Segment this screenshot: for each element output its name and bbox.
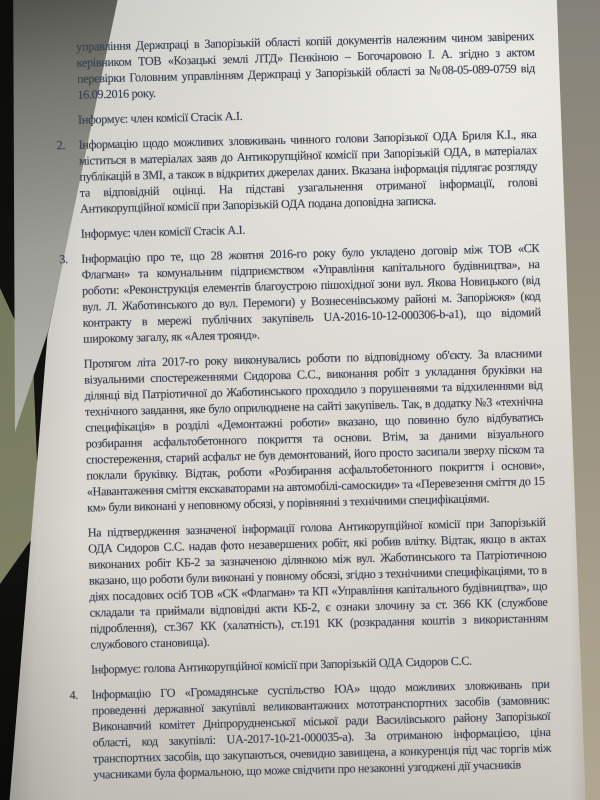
informer-line: Інформує: член комісії Стасік А.І. (81, 215, 539, 242)
informer-line: Інформує: член комісії Стасік А.І. (78, 101, 536, 128)
paragraph: Інформацію про те, що 28 жовтня 2016-го … (81, 240, 541, 347)
section-3: 3. Інформацію про те, що 28 жовтня 2016-… (81, 240, 549, 678)
section-number: 2. (56, 137, 65, 153)
paragraph: управління Держпраці в Запорізькій облас… (76, 28, 535, 103)
section-1-continuation: управління Держпраці в Запорізькій облас… (76, 28, 536, 128)
document-photo: управління Держпраці в Запорізькій облас… (0, 0, 600, 800)
section-2: 2. Інформацію щодо можливих зловживань ч… (78, 126, 538, 242)
document-text-block: управління Держпраці в Запорізькій облас… (76, 28, 552, 792)
paragraph: Інформацію щодо можливих зловживань чинн… (78, 126, 538, 217)
informer-line: Інформує: голова Антикорупційної комісії… (91, 651, 549, 678)
section-4: 4. Інформацію ГО «Громадянське суспільст… (91, 676, 551, 783)
paragraph: Протягом літа 2017-го року виконувались … (84, 345, 546, 516)
section-number: 4. (69, 687, 78, 703)
section-number: 3. (59, 251, 68, 267)
paragraph: Інформацію ГО «Громадянське суспільство … (91, 676, 551, 783)
paragraph: На підтвердження зазначеної інформації г… (88, 514, 549, 653)
